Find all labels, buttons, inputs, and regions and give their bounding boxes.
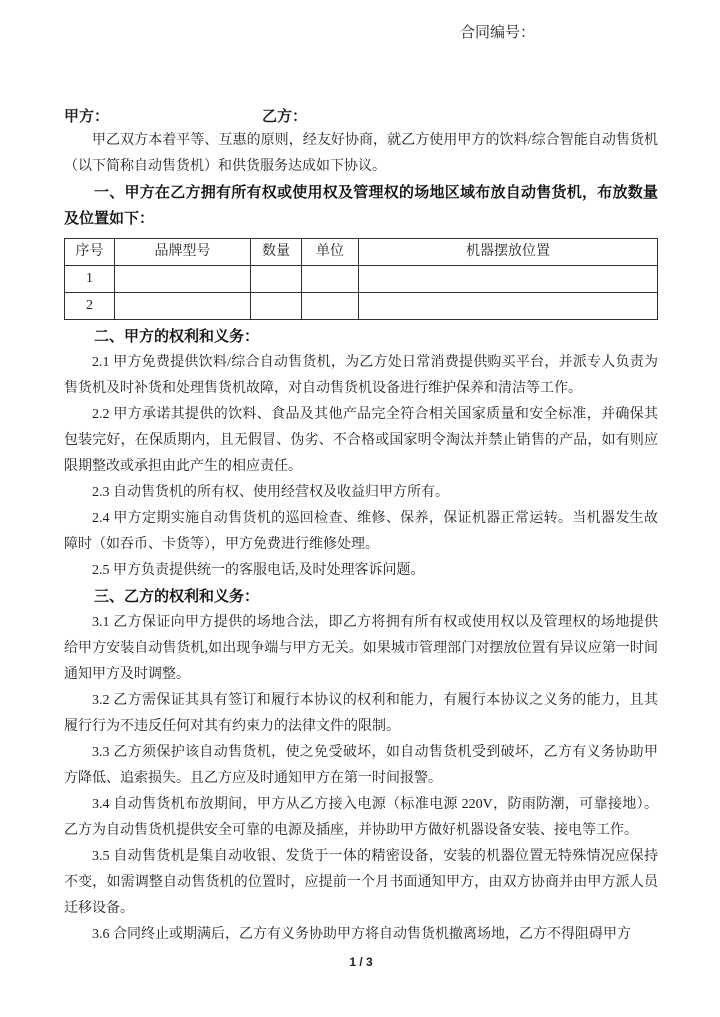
col-header-unit: 单位: [302, 239, 359, 266]
row1-unit: [302, 266, 359, 293]
clause-3-5: 3.5 自动售货机是集自动收银、发货于一体的精密设备，安装的机器位置无特殊情况应…: [64, 844, 658, 922]
col-header-placement: 机器摆放位置: [359, 239, 658, 266]
row1-quantity: [251, 266, 302, 293]
row1-brand-model: [115, 266, 251, 293]
clause-3-4: 3.4 自动售货机布放期间，甲方从乙方接入电源（标准电源 220V，防雨防潮，可…: [64, 792, 658, 844]
section-2-heading: 二、甲方的权利和义务：: [64, 324, 658, 350]
party-a-label: 甲方：: [64, 106, 262, 128]
clause-2-2: 2.2 甲方承诺其提供的饮料、食品及其他产品完全符合相关国家质量和安全标准，并确…: [64, 402, 658, 480]
clause-2-5: 2.5 甲方负责提供统一的客服电话,及时处理客诉问题。: [64, 558, 658, 584]
row2-quantity: [251, 293, 302, 320]
clause-3-2: 3.2 乙方需保证其具有签订和履行本协议的权利和能力，有履行本协议之义务的能力，…: [64, 688, 658, 740]
party-b-label: 乙方：: [262, 106, 307, 128]
section-1-heading: 一、甲方在乙方拥有所有权或使用权及管理权的场地区域布放自动售货机，布放数量及位置…: [64, 180, 658, 232]
table-row: 1: [65, 266, 658, 293]
clause-2-4: 2.4 甲方定期实施自动售货机的巡回检查、维修、保养，保证机器正常运转。当机器发…: [64, 506, 658, 558]
page-number: 1 / 3: [64, 954, 658, 970]
party-line: 甲方：乙方：: [64, 106, 658, 128]
clause-2-3: 2.3 自动售货机的所有权、使用经营权及收益归甲方所有。: [64, 480, 658, 506]
clause-2-1: 2.1 甲方免费提供饮料/综合自动售货机，为乙方处日常消费提供购买平台，并派专人…: [64, 350, 658, 402]
clause-3-1: 3.1 乙方保证向甲方提供的场地合法，即乙方将拥有所有权或使用权以及管理权的场地…: [64, 610, 658, 688]
row2-placement: [359, 293, 658, 320]
clause-3-3: 3.3 乙方须保护该自动售货机，使之免受破坏，如自动售货机受到破坏，乙方有义务协…: [64, 740, 658, 792]
machine-placement-table: 序号 品牌型号 数量 单位 机器摆放位置 1 2: [64, 238, 658, 320]
col-header-quantity: 数量: [251, 239, 302, 266]
intro-paragraph: 甲乙双方本着平等、互惠的原则，经友好协商，就乙方使用甲方的饮料/综合智能自动售货…: [64, 128, 658, 180]
contract-page: 合同编号： 甲方：乙方： 甲乙双方本着平等、互惠的原则，经友好协商，就乙方使用甲…: [0, 0, 720, 1017]
row2-index: 2: [65, 293, 115, 320]
col-header-index: 序号: [65, 239, 115, 266]
col-header-brand-model: 品牌型号: [115, 239, 251, 266]
contract-body: 甲乙双方本着平等、互惠的原则，经友好协商，就乙方使用甲方的饮料/综合智能自动售货…: [64, 128, 658, 970]
table-row: 2: [65, 293, 658, 320]
row1-index: 1: [65, 266, 115, 293]
contract-number-label: 合同编号：: [64, 24, 658, 42]
row1-placement: [359, 266, 658, 293]
section-3-heading: 三、乙方的权利和义务：: [64, 584, 658, 610]
clause-3-6: 3.6 合同终止或期满后，乙方有义务协助甲方将自动售货机撤离场地，乙方不得阻碍甲…: [64, 922, 658, 948]
row2-unit: [302, 293, 359, 320]
table-header-row: 序号 品牌型号 数量 单位 机器摆放位置: [65, 239, 658, 266]
row2-brand-model: [115, 293, 251, 320]
